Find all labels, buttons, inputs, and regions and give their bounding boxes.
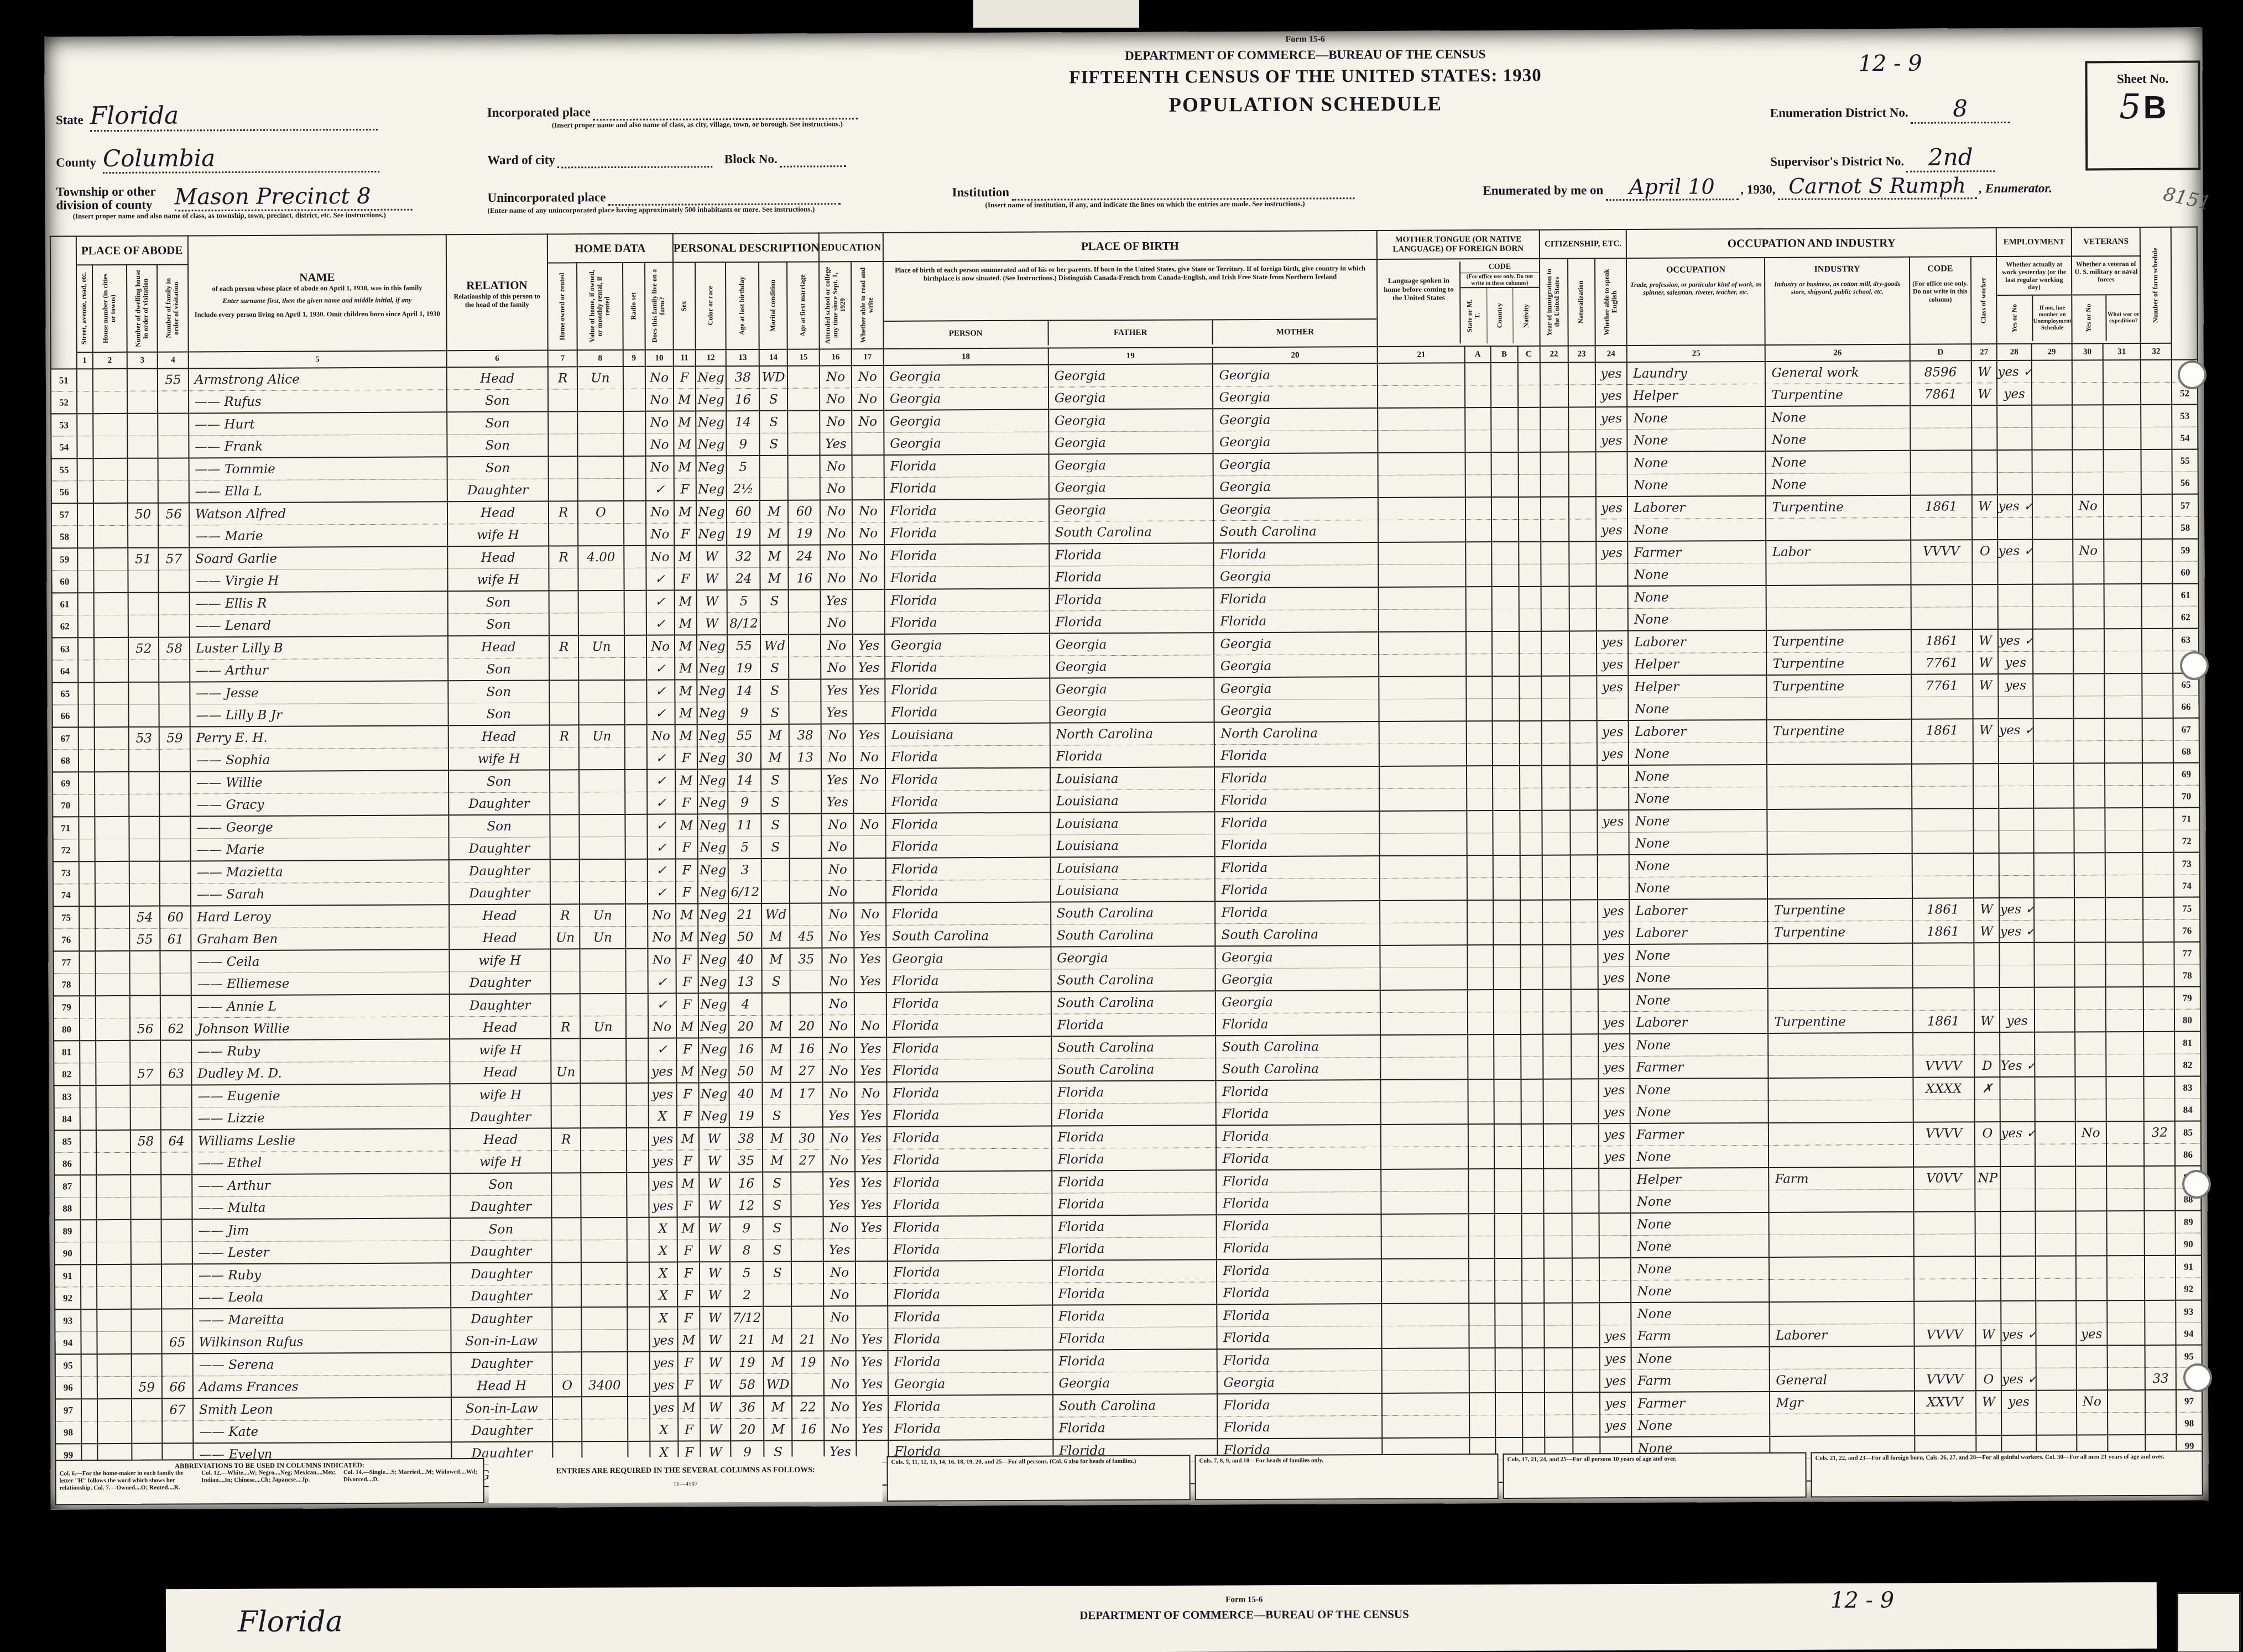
cell-code bbox=[1913, 1234, 1975, 1257]
cell-A bbox=[1468, 968, 1494, 990]
cell-emp: yes ✓ bbox=[2000, 920, 2034, 943]
col-23-head: Naturalization bbox=[1568, 258, 1595, 346]
cell-farm: No bbox=[646, 546, 674, 568]
cell-rw: No bbox=[854, 903, 886, 926]
line-number: 89 bbox=[55, 1220, 81, 1242]
cell-radio bbox=[625, 814, 647, 837]
cell-cls bbox=[1973, 808, 1999, 831]
cell-war bbox=[2106, 1099, 2144, 1121]
cell-name: —— Ruby bbox=[192, 1263, 451, 1287]
line-number: 82 bbox=[54, 1063, 80, 1086]
cell-nat bbox=[1569, 654, 1597, 676]
incorporated-field: Incorporated place (Insert proper name a… bbox=[487, 104, 907, 130]
cell-age: 19 bbox=[727, 522, 760, 545]
cell-bm: Florida bbox=[1215, 834, 1380, 857]
cell-sch: Yes bbox=[821, 769, 853, 791]
cell-name: —— Tommie bbox=[189, 457, 447, 480]
cell-own bbox=[551, 1106, 581, 1128]
col-B-head: Country bbox=[1486, 288, 1513, 343]
cell-street bbox=[78, 682, 94, 705]
line-number: 57 bbox=[2172, 494, 2198, 517]
cell-mar bbox=[760, 612, 789, 635]
cell-house bbox=[93, 480, 127, 503]
cell-tongue bbox=[1382, 1348, 1469, 1371]
column-number-B: B bbox=[1490, 346, 1517, 363]
cell-fam: 57 bbox=[159, 547, 190, 570]
cell-occ: None bbox=[1630, 966, 1768, 989]
cell-fno bbox=[2141, 494, 2172, 517]
line-number: 83 bbox=[54, 1085, 80, 1108]
cell-occ: None bbox=[1631, 1257, 1769, 1280]
cell-sch: No bbox=[821, 657, 853, 679]
cell-fam: 59 bbox=[159, 726, 190, 749]
cell-unemp bbox=[2032, 405, 2073, 428]
cell-unemp bbox=[2032, 517, 2073, 540]
cell-bf: Louisiana bbox=[1050, 812, 1215, 835]
unincorporated-field: Unincorporated place (Enter name of any … bbox=[487, 189, 930, 215]
cell-occ: Laborer bbox=[1630, 1011, 1768, 1034]
line-number: 86 bbox=[2175, 1143, 2201, 1166]
group-education: EDUCATION bbox=[819, 233, 883, 262]
ed-field: Enumeration District No. 8 bbox=[1770, 94, 2080, 124]
cell-A bbox=[1465, 475, 1491, 498]
cell-code bbox=[1912, 876, 1973, 898]
cell-dw bbox=[131, 1264, 162, 1287]
cell-unemp bbox=[2033, 808, 2074, 831]
county-label: County bbox=[56, 155, 96, 169]
cell-own bbox=[552, 1285, 582, 1308]
cell-rel: Daughter bbox=[451, 1419, 553, 1442]
cell-tongue bbox=[1378, 452, 1465, 475]
cell-cls bbox=[1975, 1346, 2001, 1368]
cell-vet bbox=[2073, 517, 2104, 540]
cell-dw bbox=[129, 749, 160, 772]
cell-bm: Florida bbox=[1216, 1102, 1381, 1125]
cell-rel: Head bbox=[446, 367, 548, 390]
cell-col: W bbox=[699, 1150, 730, 1173]
cell-age: 19 bbox=[729, 1105, 763, 1127]
cell-radio bbox=[623, 411, 645, 434]
cell-age: 55 bbox=[728, 724, 761, 747]
cell-street bbox=[81, 1421, 97, 1444]
cell-own bbox=[552, 1217, 582, 1240]
cell-eng: yes bbox=[1600, 1415, 1632, 1437]
cell-nat bbox=[1571, 900, 1598, 922]
column-number-30: 30 bbox=[2072, 343, 2103, 360]
cell-tongue bbox=[1379, 631, 1466, 654]
cell-bm: Florida bbox=[1217, 1304, 1382, 1327]
cell-age: 5 bbox=[730, 1262, 763, 1284]
cell-nat bbox=[1571, 1034, 1598, 1057]
cell-radio bbox=[625, 792, 647, 814]
cell-bf: Florida bbox=[1049, 543, 1214, 566]
cell-cls bbox=[1973, 741, 1999, 764]
cell-nat bbox=[1571, 1012, 1598, 1034]
cell-tongue bbox=[1380, 900, 1467, 923]
cell-street bbox=[77, 436, 93, 459]
cell-bm: Florida bbox=[1217, 1191, 1381, 1215]
cell-emp bbox=[1997, 472, 2032, 495]
cell-radio bbox=[625, 837, 647, 859]
cell-sch: No bbox=[821, 634, 853, 657]
cell-fam: 55 bbox=[158, 368, 189, 391]
cell-val: O bbox=[578, 501, 623, 524]
cell-radio bbox=[626, 1105, 648, 1128]
cell-war bbox=[2107, 1345, 2145, 1368]
cell-rel: Daughter bbox=[447, 479, 549, 501]
cell-ind bbox=[1767, 831, 1912, 854]
cell-occ: None bbox=[1628, 406, 1766, 430]
cell-name: Dudley M. D. bbox=[191, 1062, 450, 1085]
cell-C bbox=[1519, 631, 1541, 654]
cell-mar: M bbox=[760, 522, 788, 545]
cell-own: R bbox=[549, 635, 579, 658]
cell-bf: South Carolina bbox=[1049, 521, 1214, 544]
cell-col: W bbox=[700, 1396, 731, 1419]
cell-A bbox=[1466, 609, 1492, 632]
cell-rel: Son bbox=[447, 389, 549, 412]
cell-rel: Daughter bbox=[450, 1240, 552, 1263]
cell-emp: yes ✓ bbox=[1997, 495, 2032, 517]
cell-rel: Daughter bbox=[450, 1106, 551, 1128]
cell-agm: 27 bbox=[791, 1060, 823, 1083]
ward-field: Ward of city Block No. bbox=[487, 151, 907, 169]
cell-bm: Florida bbox=[1216, 1147, 1381, 1170]
cell-bm: Florida bbox=[1215, 879, 1380, 902]
cell-emp: yes ✓ bbox=[1999, 719, 2033, 741]
cell-farm: yes bbox=[648, 1083, 676, 1106]
line-number: 97 bbox=[2176, 1390, 2202, 1413]
cell-radio bbox=[624, 725, 646, 747]
cell-mar: M bbox=[763, 1149, 791, 1172]
cell-rw: Yes bbox=[855, 1149, 887, 1172]
cell-bm: Florida bbox=[1214, 587, 1379, 610]
cell-val bbox=[582, 1397, 627, 1419]
col-3-head: Number of dwelling house in order of vis… bbox=[127, 265, 158, 352]
cell-yr bbox=[1543, 1213, 1572, 1236]
cell-own bbox=[551, 1195, 581, 1218]
cell-radio bbox=[623, 456, 645, 479]
cell-bp: Florida bbox=[885, 678, 1050, 702]
cell-col: W bbox=[700, 1329, 731, 1352]
cell-eng bbox=[1596, 564, 1628, 587]
cell-fam bbox=[158, 525, 189, 548]
cell-B bbox=[1493, 967, 1520, 990]
cell-bm: South Carolina bbox=[1216, 923, 1380, 947]
cell-rel: Head bbox=[450, 1061, 551, 1084]
cell-unemp bbox=[2036, 1346, 2077, 1368]
cell-unemp bbox=[2032, 472, 2073, 495]
cell-fno bbox=[2145, 1188, 2176, 1211]
cell-tongue bbox=[1381, 1281, 1469, 1304]
cell-emp: yes bbox=[1999, 651, 2033, 674]
cell-fam bbox=[160, 861, 191, 883]
cell-agm: 27 bbox=[791, 1149, 823, 1172]
cell-fam bbox=[160, 1040, 191, 1063]
cell-emp bbox=[2001, 1233, 2035, 1256]
cell-code bbox=[1911, 741, 1973, 764]
cell-col: Neg bbox=[696, 456, 727, 478]
cell-C bbox=[1519, 497, 1541, 520]
line-number: 59 bbox=[51, 548, 77, 571]
cell-name: —— Willie bbox=[190, 770, 448, 794]
cell-bf: Florida bbox=[1052, 1215, 1217, 1238]
cell-farm: ✓ bbox=[648, 1038, 676, 1061]
cell-own bbox=[549, 568, 578, 591]
cell-fno bbox=[2141, 360, 2172, 383]
cell-eng bbox=[1599, 1213, 1631, 1236]
cell-own bbox=[552, 1397, 582, 1419]
cell-age: 19 bbox=[727, 657, 760, 679]
cell-age: 16 bbox=[729, 1038, 762, 1060]
cell-bp: Florida bbox=[885, 835, 1050, 858]
cell-A bbox=[1468, 1012, 1494, 1035]
entries-note-4: Cols. 21, 22, and 23—For all foreign bor… bbox=[1811, 1451, 2203, 1498]
cell-mar: S bbox=[761, 769, 789, 792]
cell-C bbox=[1521, 1214, 1543, 1236]
cell-B bbox=[1494, 1057, 1521, 1079]
cell-name: —— Mazietta bbox=[191, 860, 449, 883]
cell-mar: M bbox=[762, 1038, 790, 1060]
cell-dw: 59 bbox=[132, 1376, 163, 1399]
cell-rel: Son bbox=[448, 703, 550, 725]
cell-agm: 45 bbox=[790, 926, 822, 948]
cell-bm: Florida bbox=[1216, 1013, 1380, 1036]
cell-eng: yes bbox=[1598, 1079, 1630, 1101]
cell-name: Adams Frances bbox=[193, 1375, 451, 1399]
cell-agm bbox=[791, 1284, 823, 1306]
cell-code bbox=[1913, 1032, 1974, 1055]
cell-age: 50 bbox=[729, 926, 762, 948]
cell-farm: ✓ bbox=[647, 881, 675, 904]
cell-tongue bbox=[1378, 385, 1465, 408]
line-number: 54 bbox=[2172, 427, 2198, 449]
cell-fno bbox=[2143, 897, 2174, 920]
cell-fno bbox=[2141, 472, 2172, 494]
cell-own: Un bbox=[550, 927, 580, 949]
line-number: 72 bbox=[2174, 830, 2200, 853]
cell-unemp bbox=[2036, 1368, 2077, 1390]
cell-val bbox=[578, 568, 624, 590]
cell-cls: W bbox=[1971, 360, 1997, 383]
cell-bp: Florida bbox=[887, 1126, 1052, 1149]
col-22-head: Year of immigration to the United States bbox=[1540, 259, 1568, 346]
group-personal: PERSONAL DESCRIPTION bbox=[672, 233, 819, 262]
cell-emp bbox=[2001, 1346, 2036, 1368]
cell-dw bbox=[131, 1287, 162, 1309]
cell-farm: X bbox=[649, 1240, 677, 1262]
cell-street bbox=[77, 503, 93, 526]
cell-house bbox=[94, 682, 128, 705]
cell-B bbox=[1491, 385, 1518, 407]
cell-ind bbox=[1768, 965, 1912, 989]
cell-age: 2½ bbox=[727, 478, 760, 500]
cell-vet bbox=[2073, 651, 2104, 674]
cell-bp: Florida bbox=[884, 566, 1049, 589]
cell-sex: M bbox=[675, 635, 697, 657]
cell-eng: yes bbox=[1598, 1057, 1630, 1079]
cell-emp bbox=[1999, 741, 2033, 764]
cell-A bbox=[1465, 363, 1491, 385]
cell-unemp bbox=[2034, 920, 2075, 943]
cell-house bbox=[96, 1175, 131, 1198]
cell-occ: None bbox=[1631, 1190, 1769, 1213]
cell-yr bbox=[1545, 1392, 1573, 1415]
cell-fam bbox=[159, 704, 190, 727]
cell-own bbox=[552, 1262, 582, 1285]
cell-war bbox=[2106, 1143, 2145, 1166]
cell-sch: No bbox=[820, 522, 852, 545]
cell-nat bbox=[1571, 877, 1598, 900]
cell-war bbox=[2104, 673, 2142, 696]
cell-ind: None bbox=[1766, 473, 1910, 496]
cell-name: —— Ellis R bbox=[190, 591, 448, 615]
cell-agm: 60 bbox=[788, 500, 820, 522]
cell-fno bbox=[2142, 606, 2173, 629]
col-4-head: Number of family in order of visitation bbox=[157, 264, 188, 352]
cell-bm: Florida bbox=[1214, 610, 1379, 633]
cell-unemp bbox=[2032, 427, 2073, 450]
cell-rel: Head H bbox=[451, 1374, 552, 1397]
cell-sch: No bbox=[822, 881, 854, 903]
institution-label: Institution bbox=[952, 185, 1009, 199]
cell-col: W bbox=[700, 1419, 731, 1441]
cell-rw: Yes bbox=[853, 634, 885, 657]
col-26-head: INDUSTRYIndustry or business, as cotton … bbox=[1765, 257, 1910, 345]
cell-yr bbox=[1543, 1101, 1571, 1124]
cell-sex: F bbox=[676, 993, 698, 1016]
cell-vet bbox=[2075, 1010, 2106, 1032]
cell-yr bbox=[1542, 788, 1570, 811]
cell-rw: No bbox=[852, 545, 884, 567]
cell-farm: X bbox=[650, 1419, 678, 1441]
cell-emp bbox=[2001, 1301, 2036, 1324]
cell-mar: M bbox=[764, 1351, 792, 1374]
cell-ind: None bbox=[1766, 428, 1910, 451]
cell-fam bbox=[159, 592, 190, 615]
cell-sch: No bbox=[824, 1373, 856, 1396]
cell-dw bbox=[128, 660, 159, 682]
cell-street bbox=[80, 1085, 96, 1108]
cell-ind: General work bbox=[1765, 361, 1910, 384]
cell-B bbox=[1495, 1303, 1522, 1326]
cell-val: Un bbox=[580, 904, 625, 927]
cell-yr bbox=[1541, 542, 1569, 564]
cell-A bbox=[1467, 788, 1493, 811]
cell-name: —— Hurt bbox=[189, 412, 447, 436]
entries-note-1: Cols. 5, 11, 12, 13, 14, 16, 18, 19, 20,… bbox=[886, 1455, 1190, 1502]
cell-eng bbox=[1599, 1280, 1631, 1303]
line-number: 75 bbox=[2174, 897, 2200, 920]
cell-fno bbox=[2142, 516, 2173, 539]
cell-mar: S bbox=[763, 1172, 791, 1195]
cell-bf: Florida bbox=[1051, 1080, 1216, 1104]
cell-yr bbox=[1542, 989, 1571, 1012]
cell-occ: None bbox=[1629, 765, 1767, 788]
cell-war bbox=[2106, 1121, 2144, 1144]
cell-cls: D bbox=[1974, 1055, 2000, 1078]
cell-rel: Daughter bbox=[449, 971, 551, 994]
cell-radio bbox=[626, 1128, 648, 1151]
cell-C bbox=[1520, 766, 1542, 788]
cell-house bbox=[93, 570, 128, 593]
cell-rel: Son-in-Law bbox=[451, 1330, 552, 1352]
cell-occ: None bbox=[1629, 876, 1767, 900]
cell-occ: None bbox=[1631, 1212, 1769, 1236]
cell-C bbox=[1520, 922, 1542, 945]
cell-radio bbox=[627, 1374, 649, 1397]
cell-ind: None bbox=[1766, 406, 1910, 429]
cell-bf: South Carolina bbox=[1053, 1394, 1218, 1417]
cell-mar: S bbox=[759, 411, 787, 433]
cell-farm: No bbox=[645, 389, 674, 411]
cell-val bbox=[580, 859, 625, 882]
cell-bf: South Carolina bbox=[1051, 969, 1216, 992]
cell-fno bbox=[2142, 763, 2173, 786]
col-2-head: House number (in cities or towns) bbox=[92, 265, 127, 352]
cell-fno bbox=[2145, 1278, 2176, 1300]
cell-fno bbox=[2143, 875, 2174, 897]
cell-tongue bbox=[1380, 811, 1467, 833]
cell-bp: Florida bbox=[888, 1327, 1052, 1351]
cell-fno bbox=[2145, 1166, 2176, 1189]
cell-C bbox=[1522, 1415, 1545, 1437]
cell-sch: No bbox=[822, 858, 854, 881]
cell-dw: 56 bbox=[130, 1018, 161, 1041]
cell-cls bbox=[1975, 1189, 2001, 1212]
ward-label: Ward of city bbox=[487, 153, 555, 167]
line-number: 72 bbox=[53, 839, 79, 862]
cell-house bbox=[96, 1107, 130, 1130]
cell-yr bbox=[1543, 1012, 1571, 1034]
cell-unemp bbox=[2033, 674, 2074, 697]
cell-vet bbox=[2075, 1099, 2106, 1122]
cell-cls bbox=[1973, 786, 1999, 809]
sheet-header: State Florida County Columbia Township o… bbox=[44, 27, 2203, 233]
cell-sch: No bbox=[824, 1351, 856, 1373]
cell-val bbox=[581, 1217, 627, 1240]
col-8-head: Value of home, if owned, or monthly rent… bbox=[577, 263, 623, 350]
cell-code bbox=[1911, 697, 1973, 719]
cell-bm: Georgia bbox=[1217, 1371, 1382, 1394]
cell-unemp bbox=[2035, 1233, 2076, 1256]
cell-A bbox=[1467, 900, 1493, 923]
col-24-head: Whether able to speak English bbox=[1595, 258, 1627, 346]
cell-radio bbox=[624, 635, 646, 658]
cell-col: W bbox=[696, 545, 727, 568]
cell-C bbox=[1521, 1034, 1543, 1057]
cell-bf: Florida bbox=[1052, 1259, 1217, 1283]
cell-eng bbox=[1599, 1236, 1631, 1258]
cell-cls: O bbox=[1972, 540, 1998, 562]
cell-tongue bbox=[1380, 1034, 1468, 1057]
form-titles: Form 15-6 DEPARTMENT OF COMMERCE—BUREAU … bbox=[951, 33, 1660, 118]
cell-A bbox=[1468, 990, 1494, 1012]
state-label: State bbox=[56, 113, 84, 127]
cell-emp bbox=[2001, 1278, 2036, 1301]
cell-mar: S bbox=[760, 590, 789, 613]
cell-bp: Florida bbox=[886, 902, 1051, 926]
cell-nat bbox=[1571, 944, 1598, 967]
cell-house bbox=[95, 973, 129, 996]
cell-fam bbox=[161, 1174, 192, 1197]
cell-col: W bbox=[700, 1306, 731, 1329]
cell-house bbox=[97, 1376, 131, 1399]
cell-rw bbox=[854, 992, 886, 1015]
cell-vet bbox=[2073, 673, 2104, 696]
group-veterans: VETERANS bbox=[2072, 227, 2141, 257]
cell-unemp bbox=[2035, 1010, 2075, 1032]
